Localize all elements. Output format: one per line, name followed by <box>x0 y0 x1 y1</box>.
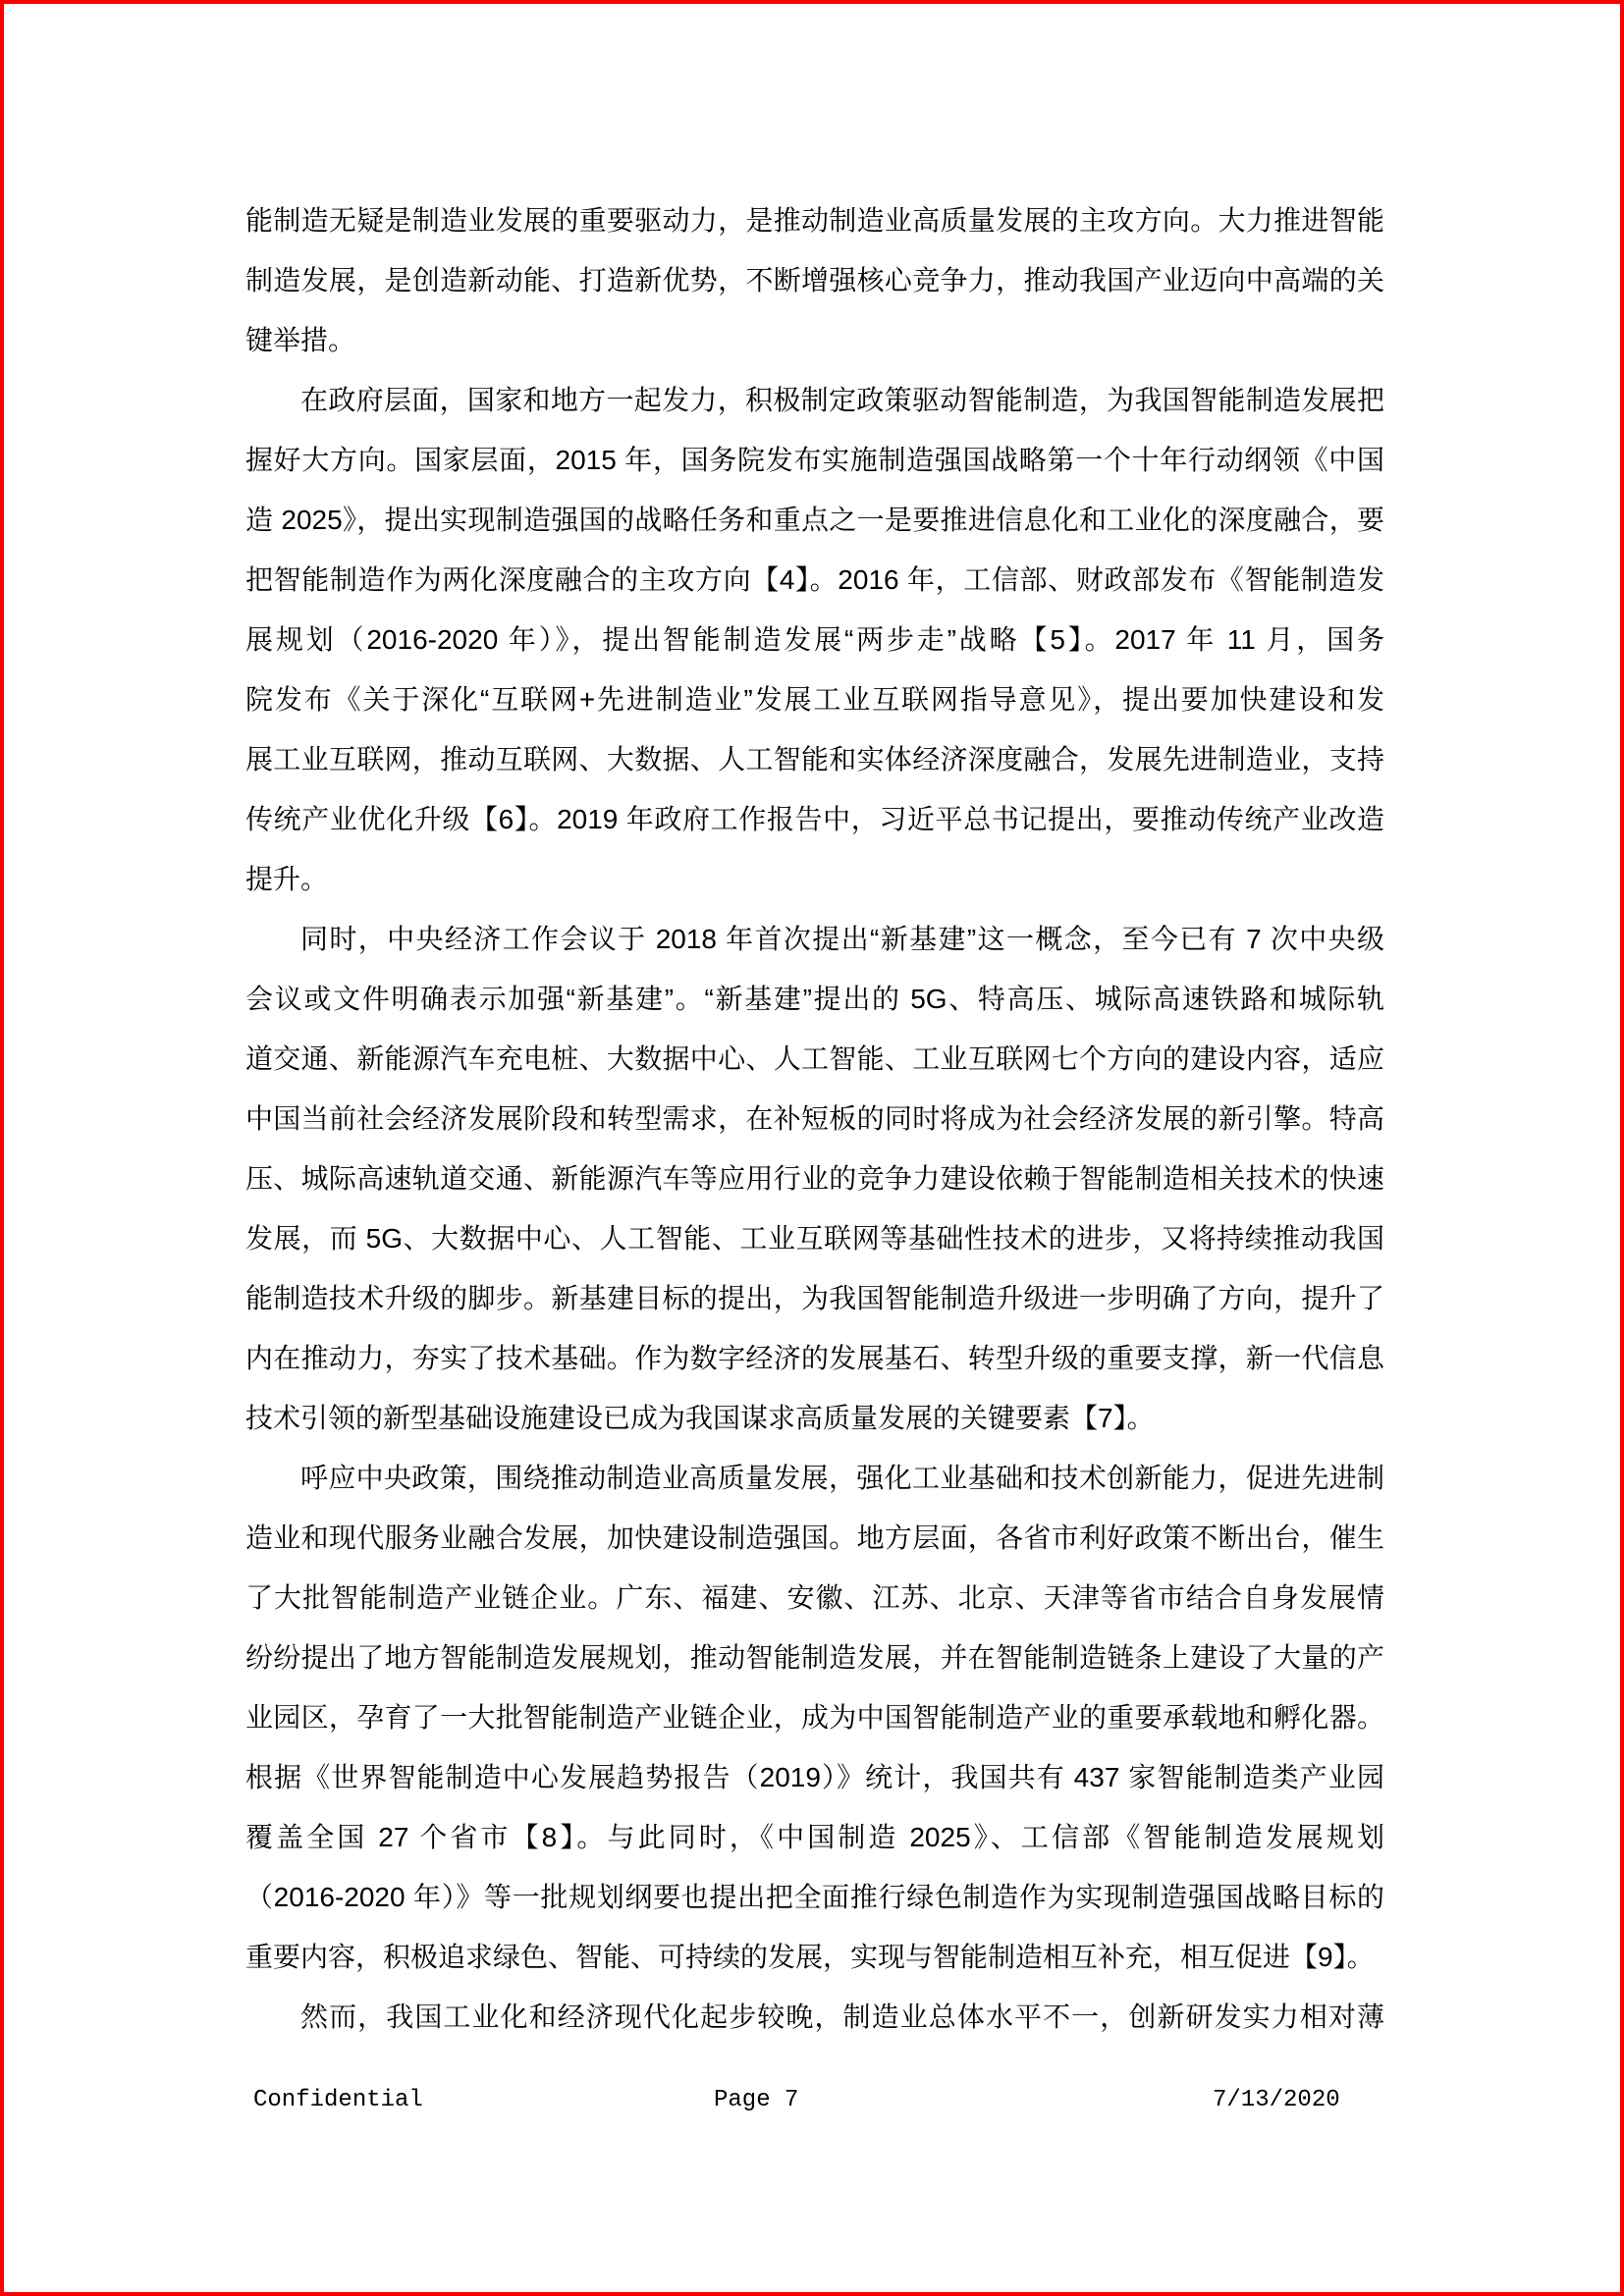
body-line: （2016-2020 年）》等一批规划纲要也提出把全面推行绿色制造作为实现制造强… <box>245 1867 1384 1927</box>
document-page: 能制造无疑是制造业发展的重要驱动力，是推动制造业高质量发展的主攻方向。大力推进智… <box>0 0 1624 2296</box>
footer-page-number: Page 7 <box>714 2085 798 2116</box>
footer-date: 7/13/2020 <box>1213 2085 1340 2116</box>
body-line: 纷纷提出了地方智能制造发展规划，推动智能制造发展，并在智能制造链条上建设了大量的… <box>245 1628 1384 1687</box>
body-line: 能制造无疑是制造业发展的重要驱动力，是推动制造业高质量发展的主攻方向。大力推进智… <box>245 190 1384 250</box>
body-line: 提升。 <box>245 849 1384 909</box>
body-line: 发展，而 5G、大数据中心、人工智能、工业互联网等基础性技术的进步，又将持续推动… <box>245 1208 1384 1268</box>
body-line: 呼应中央政策，围绕推动制造业高质量发展，强化工业基础和技术创新能力，促进先进制 <box>245 1448 1384 1508</box>
body-line: 会议或文件明确表示加强“新基建”。“新基建”提出的 5G、特高压、城际高速铁路和… <box>245 969 1384 1029</box>
body-line: 握好大方向。国家层面，2015 年，国务院发布实施制造强国战略第一个十年行动纲领… <box>245 430 1384 490</box>
body-line: 了大批智能制造产业链企业。广东、福建、安徽、江苏、北京、天津等省市结合自身发展情… <box>245 1568 1384 1628</box>
body-line: 造业和现代服务业融合发展，加快建设制造强国。地方层面，各省市利好政策不断出台，催… <box>245 1508 1384 1568</box>
body-line: 院发布《关于深化“互联网+先进制造业”发展工业互联网指导意见》，提出要加快建设和… <box>245 669 1384 729</box>
body-line: 能制造技术升级的脚步。新基建目标的提出，为我国智能制造升级进一步明确了方向，提升… <box>245 1268 1384 1328</box>
body-line: 道交通、新能源汽车充电桩、大数据中心、人工智能、工业互联网七个方向的建设内容，适… <box>245 1029 1384 1089</box>
body-line: 在政府层面，国家和地方一起发力，积极制定政策驱动智能制造，为我国智能制造发展把 <box>245 370 1384 430</box>
body-line: 然而，我国工业化和经济现代化起步较晚，制造业总体水平不一，创新研发实力相对薄 <box>245 1987 1384 2047</box>
body-line: 内在推动力，夯实了技术基础。作为数字经济的发展基石、转型升级的重要支撑，新一代信… <box>245 1328 1384 1388</box>
body-line: 传统产业优化升级【6】。2019 年政府工作报告中，习近平总书记提出，要推动传统… <box>245 789 1384 849</box>
body-line: 重要内容，积极追求绿色、智能、可持续的发展，实现与智能制造相互补充，相互促进【9… <box>245 1927 1384 1987</box>
body-line: 展规划（2016-2020 年）》，提出智能制造发展“两步走”战略【5】。201… <box>245 610 1384 669</box>
body-line: 覆盖全国 27 个省市【8】。与此同时，《中国制造 2025》、工信部《智能制造… <box>245 1807 1384 1867</box>
body-line: 造 2025》，提出实现制造强国的战略任务和重点之一是要推进信息化和工业化的深度… <box>245 490 1384 550</box>
body-line: 中国当前社会经济发展阶段和转型需求，在补短板的同时将成为社会经济发展的新引擎。特… <box>245 1089 1384 1148</box>
body-line: 根据《世界智能制造中心发展趋势报告（2019）》统计，我国共有 437 家智能制… <box>245 1747 1384 1807</box>
body-line: 键举措。 <box>245 310 1384 370</box>
body-line: 制造发展，是创造新动能、打造新优势，不断增强核心竞争力，推动我国产业迈向中高端的… <box>245 250 1384 310</box>
footer-confidential: Confidential <box>253 2085 423 2116</box>
body-line: 业园区，孕育了一大批智能制造产业链企业，成为中国智能制造产业的重要承载地和孵化器… <box>245 1687 1384 1747</box>
body-line: 压、城际高速轨道交通、新能源汽车等应用行业的竞争力建设依赖于智能制造相关技术的快… <box>245 1148 1384 1208</box>
body-line: 同时，中央经济工作会议于 2018 年首次提出“新基建”这一概念，至今已有 7 … <box>245 909 1384 969</box>
document-body: 能制造无疑是制造业发展的重要驱动力，是推动制造业高质量发展的主攻方向。大力推进智… <box>245 190 1384 2047</box>
body-line: 展工业互联网，推动互联网、大数据、人工智能和实体经济深度融合，发展先进制造业，支… <box>245 729 1384 789</box>
body-line: 把智能制造作为两化深度融合的主攻方向【4】。2016 年，工信部、财政部发布《智… <box>245 550 1384 610</box>
body-line: 技术引领的新型基础设施建设已成为我国谋求高质量发展的关键要素【7】。 <box>245 1388 1384 1448</box>
